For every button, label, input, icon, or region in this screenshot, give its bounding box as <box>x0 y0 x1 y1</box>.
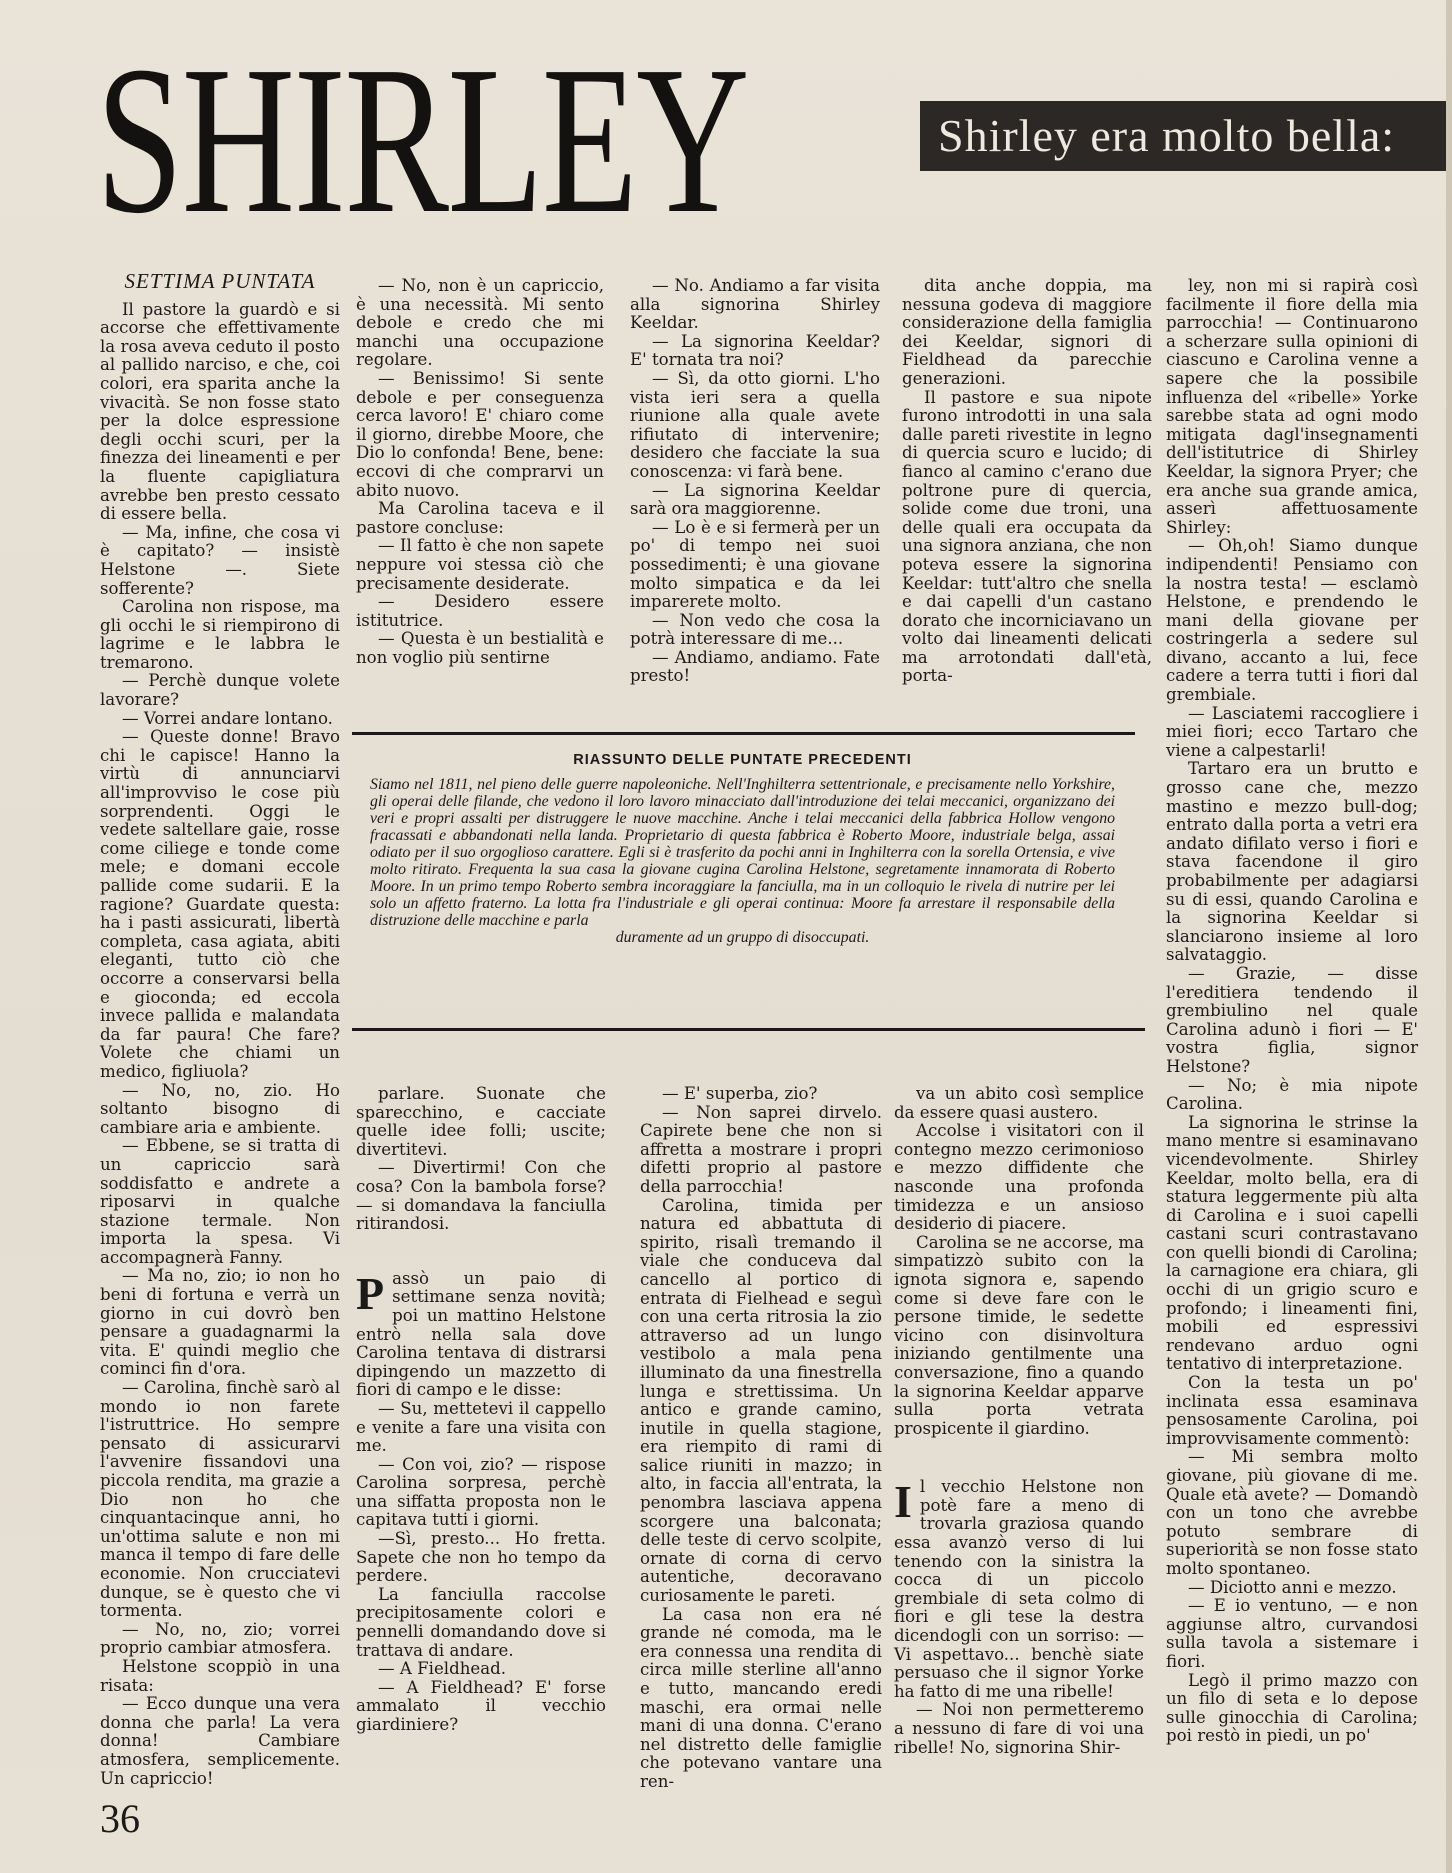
paragraph: Carolina non rispose, ma gli occhi le si… <box>100 598 340 672</box>
paragraph: — Perchè dunque volete lavorare? <box>100 672 340 709</box>
paragraph: Ma Carolina taceva e il pastore concluse… <box>356 500 604 537</box>
paragraph: Accolse i visitatori con il contegno mez… <box>894 1122 1144 1234</box>
paragraph: — La signorina Keeldar? E' tornata tra n… <box>630 333 880 370</box>
paragraph: Tartaro era un brutto e grosso cane che,… <box>1166 760 1418 965</box>
column-bottom-3: — E' superba, zio?— Non saprei dirvelo. … <box>640 1085 882 1792</box>
paragraph: — Su, mettetevi il cappello e venite a f… <box>356 1400 606 1456</box>
paragraph: — Lo è e si fermerà per un po' di tempo … <box>630 519 880 612</box>
paragraph: — Desidero essere istitutrice. <box>356 593 604 630</box>
paragraph: La signorina le strinse la mano mentre s… <box>1166 1114 1418 1374</box>
paragraph: va un abito così semplice da essere quas… <box>894 1085 1144 1122</box>
paragraph: Con la testa un po' inclinata essa esami… <box>1166 1374 1418 1448</box>
column-top-4: dita anche doppia, ma nessuna godeva di … <box>902 277 1152 686</box>
story-title: SHIRLEY <box>96 40 748 240</box>
paragraph: — A Fieldhead. <box>356 1660 606 1679</box>
paragraph-text: assò un paio di settimane senza novità; … <box>356 1269 606 1400</box>
drop-cap: I <box>894 1484 912 1520</box>
title-banner: Shirley era molto bella: <box>920 101 1452 171</box>
paragraph: — Carolina, finchè sarò al mondo io non … <box>100 1379 340 1621</box>
paragraph: — Andiamo, andiamo. Fate presto! <box>630 649 880 686</box>
paragraph: —Sì, presto... Ho fretta. Sapete che non… <box>356 1530 606 1586</box>
paragraph: — Vorrei andare lontano. <box>100 710 340 729</box>
paragraph: — Questa è un bestialità e non voglio pi… <box>356 630 604 667</box>
paragraph: La casa non era né grande né comoda, ma … <box>640 1606 882 1792</box>
drop-cap: P <box>356 1276 384 1312</box>
dropcap-paragraph: Il vecchio Helstone non potè fare a meno… <box>894 1478 1144 1701</box>
paragraph: — No. Andiamo a far visita alla signorin… <box>630 277 880 333</box>
column-right: ley, non mi si rapirà così facilmente il… <box>1166 277 1418 1746</box>
paragraph: Legò il primo mazzo con un filo di seta … <box>1166 1672 1418 1746</box>
paragraph: parlare. Suonate che sparecchino, e cacc… <box>356 1085 606 1159</box>
paragraph: — Grazie, — disse l'ereditiera tendendo … <box>1166 965 1418 1077</box>
summary-text: Siamo nel 1811, nel pieno delle guerre n… <box>370 776 1115 929</box>
magazine-page: SHIRLEY Shirley era molto bella: SETTIMA… <box>0 0 1452 1873</box>
paragraph: — E io ventuno, — e non aggiunse altro, … <box>1166 1597 1418 1671</box>
paragraph: — Con voi, zio? — rispose Carolina sorpr… <box>356 1456 606 1530</box>
paragraph: Il pastore e sua nipote furono introdott… <box>902 389 1152 687</box>
paragraph: Carolina se ne accorse, ma simpatizzò su… <box>894 1234 1144 1439</box>
paragraph: — Mi sembra molto giovane, più giovane d… <box>1166 1448 1418 1578</box>
paragraph: Carolina, timida per natura ed abbattuta… <box>640 1197 882 1606</box>
column-bottom-2: parlare. Suonate che sparecchino, e cacc… <box>356 1085 606 1735</box>
episode-kicker: SETTIMA PUNTATA <box>100 272 340 291</box>
paragraph: — No, non è un capriccio, è una necessit… <box>356 277 604 370</box>
column-left: SETTIMA PUNTATA Il pastore la guardò e s… <box>100 272 340 1788</box>
column-top-2: — No, non è un capriccio, è una necessit… <box>356 277 604 667</box>
paragraph: — Noi non permetteremo a nessuno di fare… <box>894 1701 1144 1757</box>
paragraph: dita anche doppia, ma nessuna godeva di … <box>902 277 1152 389</box>
summary-last-line: duramente ad un gruppo di disoccupati. <box>370 929 1115 946</box>
paragraph: Il pastore la guardò e si accorse che ef… <box>100 301 340 524</box>
paragraph: — Ma, infine, che cosa vi è capitato? — … <box>100 524 340 598</box>
paragraph: — Lasciatemi raccogliere i miei fiori; e… <box>1166 705 1418 761</box>
paragraph: — Ebbene, se si tratta di un capriccio s… <box>100 1137 340 1267</box>
summary-heading: RIASSUNTO DELLE PUNTATE PRECEDENTI <box>370 752 1115 768</box>
paragraph: Helstone scoppiò in una risata: <box>100 1658 340 1695</box>
paragraph: — A Fieldhead? E' forse ammalato il vecc… <box>356 1679 606 1735</box>
column-bottom-4: va un abito così semplice da essere quas… <box>894 1085 1144 1757</box>
paragraph: — No, no, zio. Ho soltanto bisogno di ca… <box>100 1082 340 1138</box>
paragraph-text: l vecchio Helstone non potè fare a meno … <box>894 1477 1144 1701</box>
summary-box: RIASSUNTO DELLE PUNTATE PRECEDENTI Siamo… <box>370 752 1115 946</box>
paragraph: — Sì, da otto giorni. L'ho vista ieri se… <box>630 370 880 482</box>
paragraph: — Diciotto anni e mezzo. <box>1166 1579 1418 1598</box>
paragraph: — Ecco dunque una vera donna che parla! … <box>100 1695 340 1788</box>
paragraph: — Benissimo! Si sente debole e per conse… <box>356 370 604 500</box>
paragraph: — E' superba, zio? <box>640 1085 882 1104</box>
page-number: 36 <box>100 1795 140 1842</box>
dropcap-paragraph: Passò un paio di settimane senza novità;… <box>356 1270 606 1400</box>
paragraph: — Il fatto è che non sapete neppure voi … <box>356 537 604 593</box>
paragraph: — Queste donne! Bravo chi le capisce! Ha… <box>100 728 340 1081</box>
paragraph: ley, non mi si rapirà così facilmente il… <box>1166 277 1418 537</box>
paragraph: — Divertirmi! Con che cosa? Con la bambo… <box>356 1159 606 1233</box>
paragraph: — Oh,oh! Siamo dunque indipendenti! Pens… <box>1166 537 1418 704</box>
summary-body: Siamo nel 1811, nel pieno delle guerre n… <box>370 776 1115 946</box>
paragraph: — Ma no, zio; io non ho beni di fortuna … <box>100 1267 340 1379</box>
paragraph: — Non saprei dirvelo. Capirete bene che … <box>640 1104 882 1197</box>
summary-top-rule <box>352 732 1135 735</box>
summary-bottom-rule <box>352 1028 1145 1031</box>
paragraph: — Non vedo che cosa la potrà interessare… <box>630 612 880 649</box>
paragraph: — No, no, zio; vorrei proprio cambiar at… <box>100 1621 340 1658</box>
column-top-3: — No. Andiamo a far visita alla signorin… <box>630 277 880 686</box>
paragraph: — No; è mia nipote Carolina. <box>1166 1077 1418 1114</box>
paragraph: — La signorina Keeldar sarà ora maggiore… <box>630 482 880 519</box>
paragraph: La fanciulla raccolse precipitosamente c… <box>356 1586 606 1660</box>
page-edge <box>1446 0 1452 1873</box>
